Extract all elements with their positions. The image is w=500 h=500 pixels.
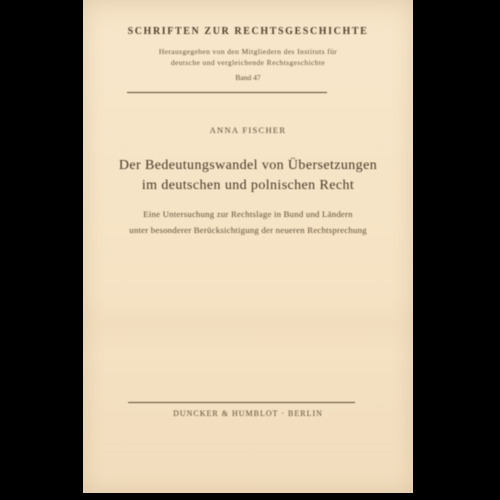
author-name: ANNA FISCHER (83, 125, 413, 135)
scanned-cover-photo: { "window": { "background_color": "#0000… (0, 0, 500, 500)
top-divider-rule (127, 92, 327, 93)
series-volume-number: Band 47 (83, 73, 413, 82)
series-editor-note-line-1: Herausgegeben von den Mitgliedern des In… (83, 47, 413, 56)
bottom-divider-rule (128, 402, 355, 403)
book-subtitle-line-1: Eine Untersuchung zur Rechtslage in Bund… (83, 209, 413, 219)
book-title-line-1: Der Bedeutungswandel von Übersetzungen (83, 158, 413, 174)
series-editor-note-line-2: deutsche und vergleichende Rechtsgeschic… (83, 58, 413, 67)
book-title-line-2: im deutschen und polnischen Recht (83, 178, 413, 194)
series-title: SCHRIFTEN ZUR RECHTSGESCHICHTE (83, 26, 413, 37)
book-title-page: SCHRIFTEN ZUR RECHTSGESCHICHTE Herausgeg… (83, 0, 413, 493)
publisher-imprint: DUNCKER & HUMBLOT · BERLIN (83, 409, 413, 418)
book-subtitle-line-2: unter besonderer Berücksichtigung der ne… (83, 225, 413, 235)
